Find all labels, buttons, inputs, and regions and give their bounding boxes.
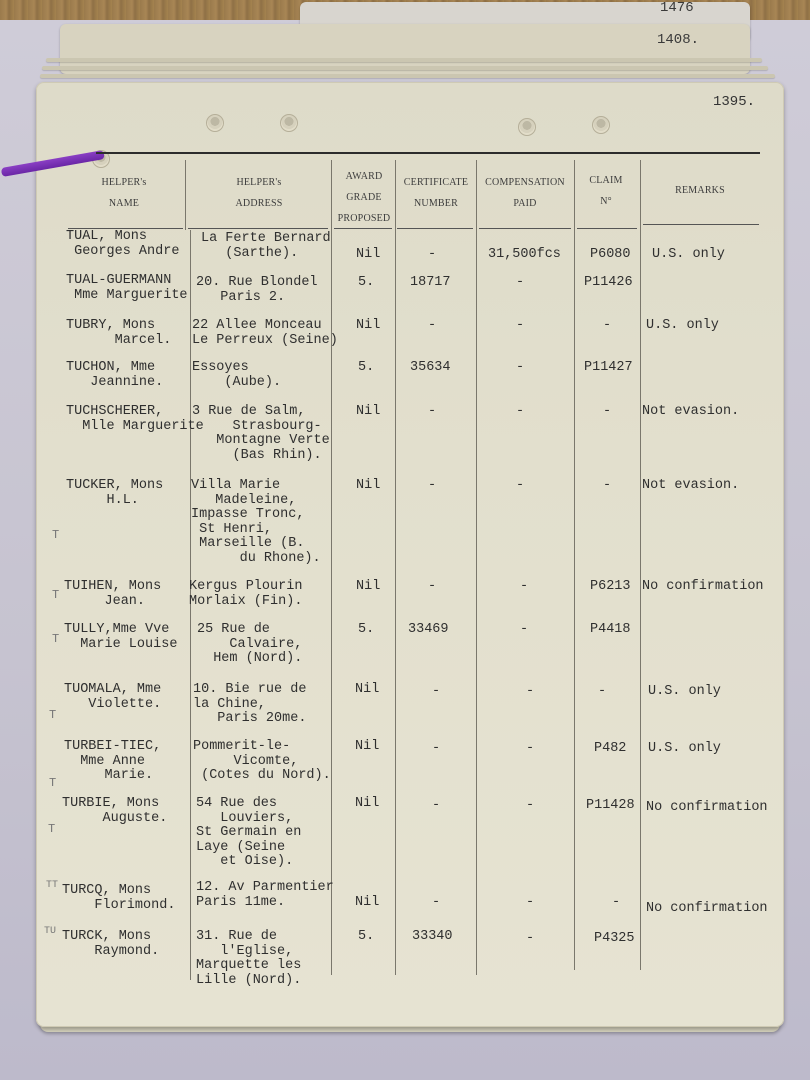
certificate-number: 33469 [408,623,449,638]
compensation-paid: - [520,623,528,638]
helper-address: 31. Rue de l'Eglise, Marquette les Lille… [196,930,301,988]
remarks: No confirmation [642,580,764,595]
award-grade: 5. [358,623,374,638]
helper-address: 12. Av Parmentier Paris 11me. [196,881,334,910]
header-line: COMPENSATION [476,172,574,193]
remarks: U.S. only [648,685,721,700]
helper-address: Villa Marie Madeleine, Impasse Tronc, St… [191,479,321,566]
header-line: ADDRESS [186,193,332,214]
header-line: NUMBER [396,193,476,214]
award-grade: Nil [356,405,380,420]
header-line: CLAIM [574,170,638,191]
helper-name: TUCHSCHERER, Mlle Marguerite [66,405,204,434]
helper-address: 22 Allee Monceau Le Perreux (Seine) [192,319,338,348]
compensation-paid: 31,500fcs [488,248,561,263]
claim-number: - [603,479,611,494]
helper-address: 3 Rue de Salm, Strasbourg- Montagne Vert… [192,405,330,463]
sheet-stack-edge [46,58,762,62]
column-header-address: HELPER's ADDRESS [186,172,332,214]
helper-address: 10. Bie rue de la Chine, Paris 20me. [193,683,306,727]
certificate-number: - [432,896,440,911]
claim-number: P6080 [590,248,631,263]
header-line: HELPER's [186,172,332,193]
header-line: HELPER's [62,172,186,193]
remarks: U.S. only [652,248,725,263]
award-grade: Nil [355,683,379,698]
helper-name: TURCQ, Mons Florimond. [62,884,175,913]
column-header-name: HELPER's NAME [62,172,186,214]
punch-hole [518,118,536,136]
helper-name: TUBRY, Mons Marcel. [66,319,171,348]
certificate-number: - [428,580,436,595]
claim-number: P4325 [594,932,635,947]
column-header-compensation: COMPENSATION PAID [476,172,574,214]
helper-name: TULLY,Mme Vve Marie Louise [64,623,177,652]
helper-name: TUAL-GUERMANN Mme Marguerite [66,274,188,303]
back-sheet-number: 1476 [660,0,694,16]
punch-hole [206,114,224,132]
helper-address: Pommerit-le- Vicomte, (Cotes du Nord). [193,740,331,784]
helper-address: La Ferte Bernard (Sarthe). [201,232,331,261]
remarks: No confirmation [646,902,768,917]
back-sheet-number: 1408. [657,32,699,48]
compensation-paid: - [516,319,524,334]
page-number: 1395. [713,94,755,110]
certificate-number: - [428,479,436,494]
helper-name: TURBIE, Mons Auguste. [62,797,167,826]
sheet-stack-edge [42,66,768,70]
remarks: Not evasion. [642,405,739,420]
helper-address: Essoyes (Aube). [192,361,281,390]
claim-number: P482 [594,742,626,757]
certificate-number: - [432,742,440,757]
award-grade: Nil [356,479,380,494]
header-line: PAID [476,193,574,214]
margin-mark: T [52,588,59,602]
compensation-paid: - [526,685,534,700]
column-header-remarks: REMARKS [640,180,760,201]
claim-number: P6213 [590,580,631,595]
punch-hole [280,114,298,132]
helper-address: 20. Rue Blondel Paris 2. [196,276,318,305]
helper-name: TUAL, Mons Georges Andre [66,230,179,259]
helper-name: TUIHEN, Mons Jean. [64,580,161,609]
header-line: N° [574,191,638,212]
helper-name: TUCKER, Mons H.L. [66,479,163,508]
compensation-paid: - [516,276,524,291]
certificate-number: 33340 [412,930,453,945]
claim-number: - [603,319,611,334]
certificate-number: 18717 [410,276,451,291]
award-grade: Nil [355,896,379,911]
claim-number: P4418 [590,623,631,638]
compensation-paid: - [526,932,534,947]
award-grade: Nil [356,319,380,334]
compensation-paid: - [520,580,528,595]
compensation-paid: - [516,405,524,420]
header-line: CERTIFICATE [396,172,476,193]
margin-mark: TT [46,880,58,891]
compensation-paid: - [516,361,524,376]
remarks: Not evasion. [642,479,739,494]
award-grade: 5. [358,930,374,945]
helper-name: TURCK, Mons Raymond. [62,930,159,959]
award-grade: Nil [355,740,379,755]
certificate-number: - [428,248,436,263]
sheet-stack-edge [40,74,775,78]
remarks: No confirmation [646,801,768,816]
margin-mark: TU [44,926,56,937]
certificate-number: - [428,405,436,420]
helper-address: 54 Rue des Louviers, St Germain en Laye … [196,797,301,870]
header-line: NAME [62,193,186,214]
compensation-paid: - [516,479,524,494]
claim-number: - [612,896,620,911]
award-grade: Nil [355,797,379,812]
claim-number: P11426 [584,276,633,291]
award-grade: Nil [356,580,380,595]
claim-number: P11427 [584,361,633,376]
helper-name: TURBEI-TIEC, Mme Anne Marie. [64,740,161,784]
margin-mark: T [52,632,59,646]
compensation-paid: - [526,799,534,814]
helper-address: Kergus Plourin Morlaix (Fin). [189,580,302,609]
certificate-number: - [428,319,436,334]
compensation-paid: - [526,896,534,911]
helper-name: TUOMALA, Mme Violette. [64,683,161,712]
remarks: U.S. only [648,742,721,757]
margin-mark: T [49,708,56,722]
certificate-number: - [432,685,440,700]
claim-number: - [598,685,606,700]
header-line: AWARD [332,166,396,187]
margin-mark: T [49,776,56,790]
margin-mark: T [48,822,55,836]
compensation-paid: - [526,742,534,757]
punch-hole [592,116,610,134]
certificate-number: 35634 [410,361,451,376]
header-line: GRADE [332,187,396,208]
column-header-certificate: CERTIFICATE NUMBER [396,172,476,214]
header-rule [96,152,760,154]
helper-address: 25 Rue de Calvaire, Hem (Nord). [197,623,302,667]
margin-mark: T [52,528,59,542]
column-header-claim: CLAIM N° [574,170,638,212]
column-header-award: AWARD GRADE PROPOSED [332,166,396,229]
claim-number: - [603,405,611,420]
header-line: REMARKS [640,180,760,201]
certificate-number: - [432,799,440,814]
helper-name: TUCHON, Mme Jeannine. [66,361,163,390]
header-line: PROPOSED [332,208,396,229]
remarks: U.S. only [646,319,719,334]
award-grade: 5. [358,361,374,376]
award-grade: 5. [358,276,374,291]
claim-number: P11428 [586,799,635,814]
award-grade: Nil [356,248,380,263]
